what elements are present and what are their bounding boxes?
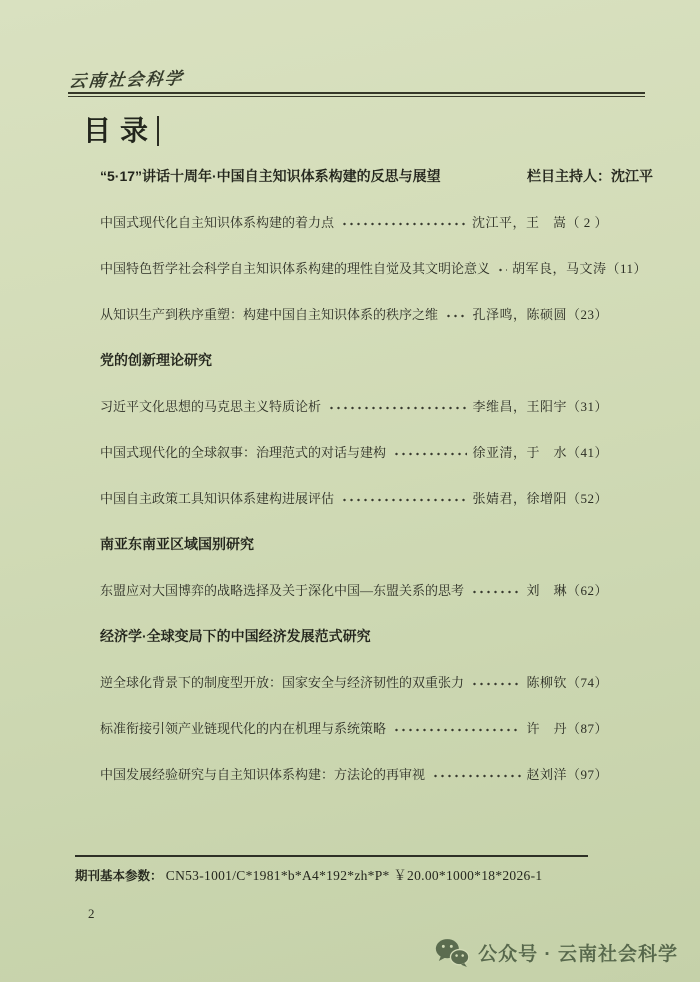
dot-leader <box>328 403 467 413</box>
article-title: 中国式现代化自主知识体系构建的着力点 <box>100 212 334 231</box>
page-number: 2 <box>88 906 95 922</box>
toc-item: 习近平文化思想的马克思主义特质论析 李维昌，王阳宇 （31） <box>100 396 653 415</box>
article-title: 中国自主政策工具知识体系建构进展评估 <box>100 488 334 507</box>
section-heading-row: “5·17”讲话十周年·中国自主知识体系构建的反思与展望 栏目主持人：沈江平 <box>100 166 653 185</box>
article-page-number: （62） <box>567 580 608 599</box>
article-authors: 徐亚清，于 水 <box>472 442 567 461</box>
article-authors: 刘 琳 <box>526 580 567 599</box>
article-title: 习近平文化思想的马克思主义特质论析 <box>100 396 321 415</box>
article-title: 标准衔接引领产业链现代化的内在机理与系统策略 <box>100 718 386 737</box>
wechat-label: 公众号 · 云南社会科学 <box>478 939 678 966</box>
dot-leader <box>497 265 507 275</box>
section-heading-row: 经济学·全球变局下的中国经济发展范式研究 <box>100 626 653 645</box>
article-page-number: （11） <box>607 258 648 277</box>
toc-section: 经济学·全球变局下的中国经济发展范式研究 逆全球化背景下的制度型开放：国家安全与… <box>100 626 653 783</box>
wechat-icon <box>435 938 469 967</box>
article-authors: 赵刘洋 <box>526 764 567 783</box>
toc-title-bar <box>157 116 159 146</box>
article-page-number: （97） <box>567 764 608 783</box>
toc-item: 中国式现代化自主知识体系构建的着力点 沈江平，王 嵩 （ 2 ） <box>100 212 653 231</box>
section-heading-row: 南亚东南亚区域国别研究 <box>100 534 653 553</box>
section-items: 逆全球化背景下的制度型开放：国家安全与经济韧性的双重张力 陈柳钦 （74） 标准… <box>100 672 653 783</box>
toc-section: 党的创新理论研究 习近平文化思想的马克思主义特质论析 李维昌，王阳宇 （31） … <box>100 350 653 507</box>
toc-item: 中国发展经验研究与自主知识体系构建：方法论的再审视 赵刘洋 （97） <box>100 764 653 783</box>
article-authors: 李维昌，王阳宇 <box>472 396 567 415</box>
journal-params-label: 期刊基本参数： <box>75 869 163 883</box>
toc-item: 从知识生产到秩序重塑：构建中国自主知识体系的秩序之维 孔泽鸣，陈硕圆 （23） <box>100 304 653 323</box>
article-title: 中国式现代化的全球叙事：治理范式的对话与建构 <box>100 442 386 461</box>
toc-title: 目录 <box>83 114 159 148</box>
article-title: 逆全球化背景下的制度型开放：国家安全与经济韧性的双重张力 <box>100 672 464 691</box>
article-title: 从知识生产到秩序重塑：构建中国自主知识体系的秩序之维 <box>100 304 438 323</box>
article-authors: 张婧君，徐增阳 <box>472 488 567 507</box>
toc-item: 中国自主政策工具知识体系建构进展评估 张婧君，徐增阳 （52） <box>100 488 653 507</box>
article-title: 东盟应对大国博弈的战略选择及关于深化中国—东盟关系的思考 <box>100 580 464 599</box>
dot-leader <box>471 679 521 689</box>
journal-params: 期刊基本参数： CN53-1001/C*1981*b*A4*192*zh*P* … <box>75 864 542 884</box>
toc-item: 东盟应对大国博弈的战略选择及关于深化中国—东盟关系的思考 刘 琳 （62） <box>100 580 653 599</box>
article-page-number: （23） <box>567 304 608 323</box>
dot-leader <box>445 311 467 321</box>
section-heading: “5·17”讲话十周年·中国自主知识体系构建的反思与展望 <box>100 166 441 186</box>
article-authors: 许 丹 <box>526 718 567 737</box>
article-authors: 沈江平，王 嵩 <box>472 212 567 231</box>
article-page-number: （87） <box>567 718 608 737</box>
wechat-badge: 公众号 · 云南社会科学 <box>435 938 678 967</box>
article-page-number: （ 2 ） <box>566 212 608 231</box>
dot-leader <box>393 449 467 459</box>
toc-list: “5·17”讲话十周年·中国自主知识体系构建的反思与展望 栏目主持人：沈江平 中… <box>100 166 653 810</box>
article-page-number: （31） <box>567 396 608 415</box>
article-page-number: （41） <box>567 442 608 461</box>
dot-leader <box>341 495 467 505</box>
article-title: 中国发展经验研究与自主知识体系构建：方法论的再审视 <box>100 764 425 783</box>
journal-toc-page: 云南社会科学 目录 “5·17”讲话十周年·中国自主知识体系构建的反思与展望 栏… <box>0 0 700 982</box>
journal-params-value: CN53-1001/C*1981*b*A4*192*zh*P* ￥20.00*1… <box>166 868 543 883</box>
toc-section: “5·17”讲话十周年·中国自主知识体系构建的反思与展望 栏目主持人：沈江平 中… <box>100 166 653 323</box>
toc-item: 逆全球化背景下的制度型开放：国家安全与经济韧性的双重张力 陈柳钦 （74） <box>100 672 653 691</box>
header-double-rule <box>68 92 645 97</box>
section-heading: 党的创新理论研究 <box>100 350 212 370</box>
article-authors: 孔泽鸣，陈硕圆 <box>472 304 567 323</box>
article-page-number: （52） <box>567 488 608 507</box>
article-authors: 胡军良，马文涛 <box>512 258 607 277</box>
footer-rule <box>75 855 588 857</box>
toc-item: 标准衔接引领产业链现代化的内在机理与系统策略 许 丹 （87） <box>100 718 653 737</box>
section-heading: 南亚东南亚区域国别研究 <box>100 534 254 554</box>
dot-leader <box>341 219 467 229</box>
section-host: 栏目主持人：沈江平 <box>527 166 653 186</box>
section-heading: 经济学·全球变局下的中国经济发展范式研究 <box>100 626 371 646</box>
article-title: 中国特色哲学社会科学自主知识体系构建的理性自觉及其文明论意义 <box>100 258 490 277</box>
section-items: 习近平文化思想的马克思主义特质论析 李维昌，王阳宇 （31） 中国式现代化的全球… <box>100 396 653 507</box>
journal-logo: 云南社会科学 <box>68 64 185 92</box>
section-items: 东盟应对大国博弈的战略选择及关于深化中国—东盟关系的思考 刘 琳 （62） <box>100 580 653 599</box>
dot-leader <box>471 587 521 597</box>
toc-item: 中国式现代化的全球叙事：治理范式的对话与建构 徐亚清，于 水 （41） <box>100 442 653 461</box>
toc-title-text: 目录 <box>83 114 157 148</box>
toc-section: 南亚东南亚区域国别研究 东盟应对大国博弈的战略选择及关于深化中国—东盟关系的思考… <box>100 534 653 599</box>
toc-item: 中国特色哲学社会科学自主知识体系构建的理性自觉及其文明论意义 胡军良，马文涛 （… <box>100 258 653 277</box>
dot-leader <box>432 771 521 781</box>
article-authors: 陈柳钦 <box>526 672 567 691</box>
article-page-number: （74） <box>567 672 608 691</box>
section-heading-row: 党的创新理论研究 <box>100 350 653 369</box>
dot-leader <box>393 725 521 735</box>
section-items: 中国式现代化自主知识体系构建的着力点 沈江平，王 嵩 （ 2 ） 中国特色哲学社… <box>100 212 653 323</box>
